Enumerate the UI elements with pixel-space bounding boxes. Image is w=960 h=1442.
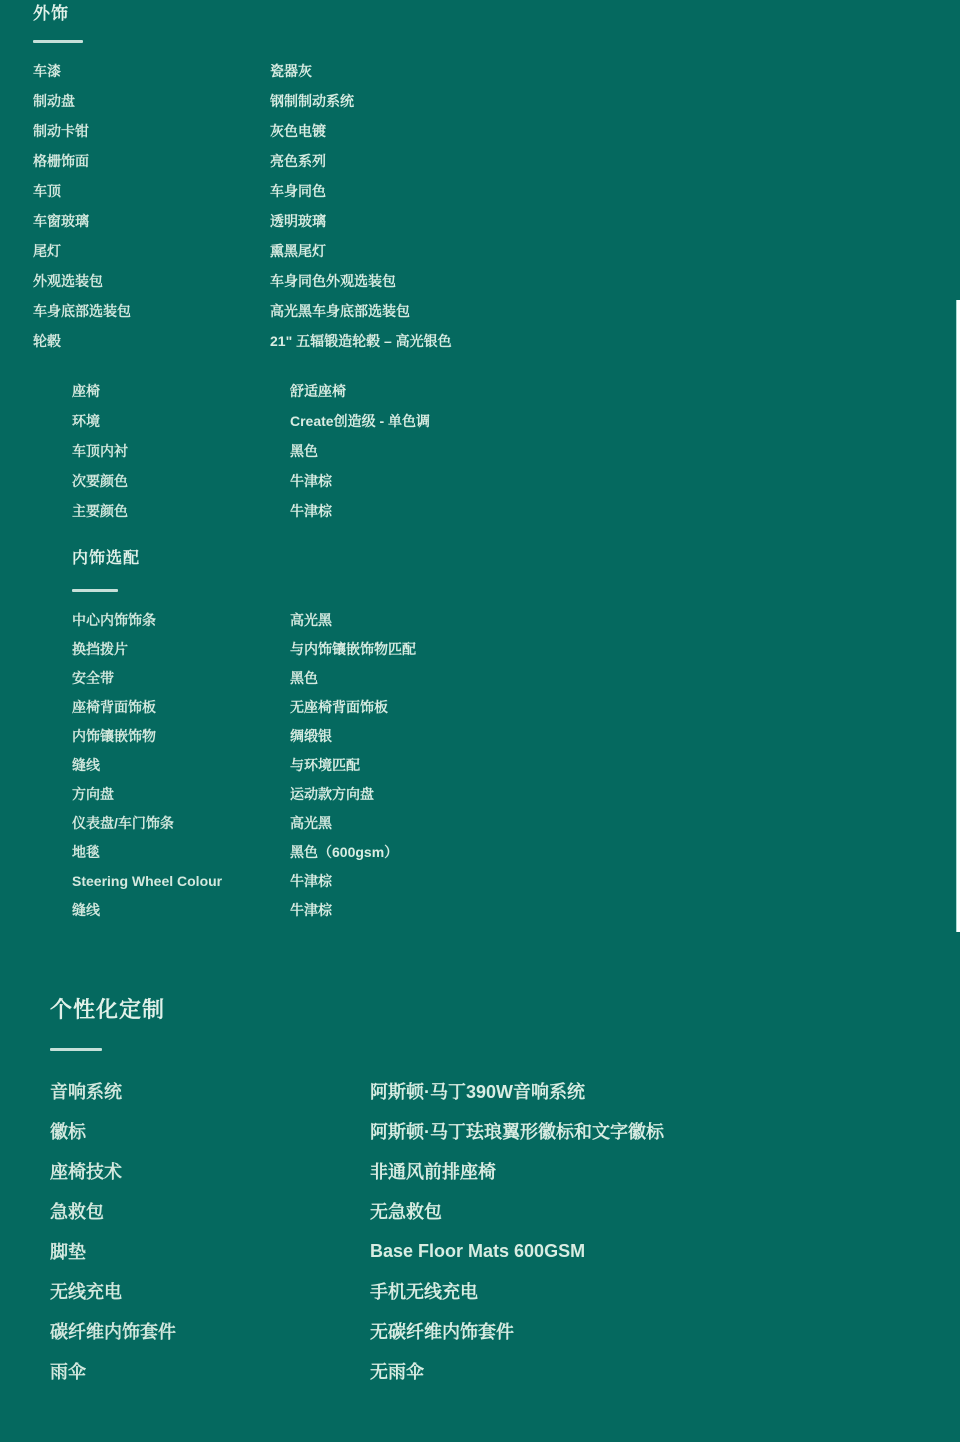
spec-value: 高光黑车身底部选装包 <box>270 301 410 321</box>
spec-value: 牛津棕 <box>290 900 332 920</box>
spec-value: 舒适座椅 <box>290 381 346 401</box>
spec-value: 无雨伞 <box>370 1358 424 1384</box>
spec-value: 牛津棕 <box>290 871 332 891</box>
section-divider <box>33 40 83 43</box>
spec-label: 车漆 <box>33 61 270 81</box>
spec-value: 运动款方向盘 <box>290 784 374 804</box>
spec-value: 无座椅背面饰板 <box>290 697 388 717</box>
spec-value: 与内饰镶嵌饰物匹配 <box>290 639 416 659</box>
spec-label: 徽标 <box>50 1118 370 1144</box>
spec-label: 制动卡钳 <box>33 121 270 141</box>
spec-value: 无碳纤维内饰套件 <box>370 1318 514 1344</box>
spec-row: 车身底部选装包高光黑车身底部选装包 <box>33 296 452 326</box>
spec-value: 瓷器灰 <box>270 61 312 81</box>
spec-label: 音响系统 <box>50 1078 370 1104</box>
spec-row: 制动盘钢制制动系统 <box>33 86 452 116</box>
spec-rows: 车漆瓷器灰 制动盘钢制制动系统 制动卡钳灰色电镀 格栅饰面亮色系列 车顶车身同色… <box>33 56 452 356</box>
spec-label: 换挡拨片 <box>72 639 290 659</box>
spec-row: 车顶车身同色 <box>33 176 452 206</box>
spec-row: 碳纤维内饰套件无碳纤维内饰套件 <box>50 1311 664 1351</box>
spec-value: Create创造级 - 单色调 <box>290 411 430 431</box>
spec-label: 尾灯 <box>33 241 270 261</box>
spec-label: 次要颜色 <box>72 471 290 491</box>
spec-label: 主要颜色 <box>72 501 290 521</box>
spec-label: 雨伞 <box>50 1358 370 1384</box>
spec-label: 座椅技术 <box>50 1158 370 1184</box>
spec-value: 高光黑 <box>290 813 332 833</box>
spec-label: 车身底部选装包 <box>33 301 270 321</box>
spec-row: 车顶内衬黑色 <box>72 436 430 466</box>
spec-label: 外观选装包 <box>33 271 270 291</box>
spec-value: 亮色系列 <box>270 151 326 171</box>
spec-rows: 音响系统阿斯顿·马丁390W音响系统 徽标阿斯顿·马丁珐琅翼形徽标和文字徽标 座… <box>50 1071 664 1391</box>
car-config-summary-page: 外饰 车漆瓷器灰 制动盘钢制制动系统 制动卡钳灰色电镀 格栅饰面亮色系列 车顶车… <box>0 0 960 1442</box>
spec-row: Steering Wheel Colour牛津棕 <box>72 866 416 895</box>
spec-row: 中心内饰饰条高光黑 <box>72 605 416 634</box>
spec-row: 仪表盘/车门饰条高光黑 <box>72 808 416 837</box>
spec-value: 牛津棕 <box>290 471 332 491</box>
spec-row: 轮毂21" 五辐锻造轮毂 – 高光银色 <box>33 326 452 356</box>
spec-row: 地毯黑色（600gsm） <box>72 837 416 866</box>
spec-row: 座椅背面饰板无座椅背面饰板 <box>72 692 416 721</box>
spec-label: 无线充电 <box>50 1278 370 1304</box>
spec-row: 急救包无急救包 <box>50 1191 664 1231</box>
spec-row: 缝线与环境匹配 <box>72 750 416 779</box>
spec-row: 座椅舒适座椅 <box>72 376 430 406</box>
spec-value: 黑色 <box>290 441 318 461</box>
spec-value: 无急救包 <box>370 1198 442 1224</box>
spec-value: 车身同色外观选装包 <box>270 271 396 291</box>
spec-value: 手机无线充电 <box>370 1278 478 1304</box>
spec-row: 主要颜色牛津棕 <box>72 496 430 526</box>
spec-row: 车窗玻璃透明玻璃 <box>33 206 452 236</box>
spec-value: 高光黑 <box>290 610 332 630</box>
spec-label: Steering Wheel Colour <box>72 873 290 889</box>
spec-value: 灰色电镀 <box>270 121 326 141</box>
spec-label: 座椅 <box>72 381 290 401</box>
spec-value: 熏黑尾灯 <box>270 241 326 261</box>
spec-label: 内饰镶嵌饰物 <box>72 726 290 746</box>
spec-row: 安全带黑色 <box>72 663 416 692</box>
spec-value: 与环境匹配 <box>290 755 360 775</box>
spec-row: 内饰镶嵌饰物绸缎银 <box>72 721 416 750</box>
spec-row: 环境Create创造级 - 单色调 <box>72 406 430 436</box>
spec-label: 急救包 <box>50 1198 370 1224</box>
spec-label: 中心内饰饰条 <box>72 610 290 630</box>
spec-label: 脚垫 <box>50 1238 370 1264</box>
spec-row: 换挡拨片与内饰镶嵌饰物匹配 <box>72 634 416 663</box>
spec-row: 座椅技术非通风前排座椅 <box>50 1151 664 1191</box>
spec-row: 音响系统阿斯顿·马丁390W音响系统 <box>50 1071 664 1111</box>
spec-row: 无线充电手机无线充电 <box>50 1271 664 1311</box>
spec-value: 钢制制动系统 <box>270 91 354 111</box>
spec-label: 座椅背面饰板 <box>72 697 290 717</box>
spec-value: 透明玻璃 <box>270 211 326 231</box>
spec-rows: 座椅舒适座椅 环境Create创造级 - 单色调 车顶内衬黑色 次要颜色牛津棕 … <box>72 376 430 526</box>
spec-row: 次要颜色牛津棕 <box>72 466 430 496</box>
page-edge-strip <box>956 300 960 932</box>
spec-value: 非通风前排座椅 <box>370 1158 496 1184</box>
spec-rows: 中心内饰饰条高光黑 换挡拨片与内饰镶嵌饰物匹配 安全带黑色 座椅背面饰板无座椅背… <box>72 605 416 924</box>
spec-row: 方向盘运动款方向盘 <box>72 779 416 808</box>
spec-row: 车漆瓷器灰 <box>33 56 452 86</box>
spec-row: 雨伞无雨伞 <box>50 1351 664 1391</box>
section-divider <box>72 589 118 592</box>
spec-label: 缝线 <box>72 900 290 920</box>
spec-label: 车顶 <box>33 181 270 201</box>
spec-value: Base Floor Mats 600GSM <box>370 1241 585 1262</box>
section-title: 内饰选配 <box>72 548 140 570</box>
spec-label: 安全带 <box>72 668 290 688</box>
spec-row: 脚垫Base Floor Mats 600GSM <box>50 1231 664 1271</box>
spec-label: 制动盘 <box>33 91 270 111</box>
spec-value: 黑色 <box>290 668 318 688</box>
spec-row: 外观选装包车身同色外观选装包 <box>33 266 452 296</box>
spec-label: 轮毂 <box>33 331 270 351</box>
spec-label: 车顶内衬 <box>72 441 290 461</box>
section-title: 外饰 <box>33 2 69 26</box>
spec-row: 缝线牛津棕 <box>72 895 416 924</box>
spec-label: 缝线 <box>72 755 290 775</box>
spec-value: 绸缎银 <box>290 726 332 746</box>
spec-label: 地毯 <box>72 842 290 862</box>
spec-label: 环境 <box>72 411 290 431</box>
spec-value: 阿斯顿·马丁珐琅翼形徽标和文字徽标 <box>370 1118 664 1144</box>
section-divider <box>50 1048 102 1051</box>
spec-value: 车身同色 <box>270 181 326 201</box>
spec-value: 阿斯顿·马丁390W音响系统 <box>370 1078 585 1104</box>
spec-label: 格栅饰面 <box>33 151 270 171</box>
spec-row: 徽标阿斯顿·马丁珐琅翼形徽标和文字徽标 <box>50 1111 664 1151</box>
spec-row: 尾灯熏黑尾灯 <box>33 236 452 266</box>
spec-row: 格栅饰面亮色系列 <box>33 146 452 176</box>
spec-label: 碳纤维内饰套件 <box>50 1318 370 1344</box>
section-title: 个性化定制 <box>50 996 165 1024</box>
spec-value: 21" 五辐锻造轮毂 – 高光银色 <box>270 331 452 351</box>
spec-label: 车窗玻璃 <box>33 211 270 231</box>
spec-label: 方向盘 <box>72 784 290 804</box>
spec-row: 制动卡钳灰色电镀 <box>33 116 452 146</box>
spec-value: 黑色（600gsm） <box>290 842 398 862</box>
spec-label: 仪表盘/车门饰条 <box>72 813 290 833</box>
spec-value: 牛津棕 <box>290 501 332 521</box>
